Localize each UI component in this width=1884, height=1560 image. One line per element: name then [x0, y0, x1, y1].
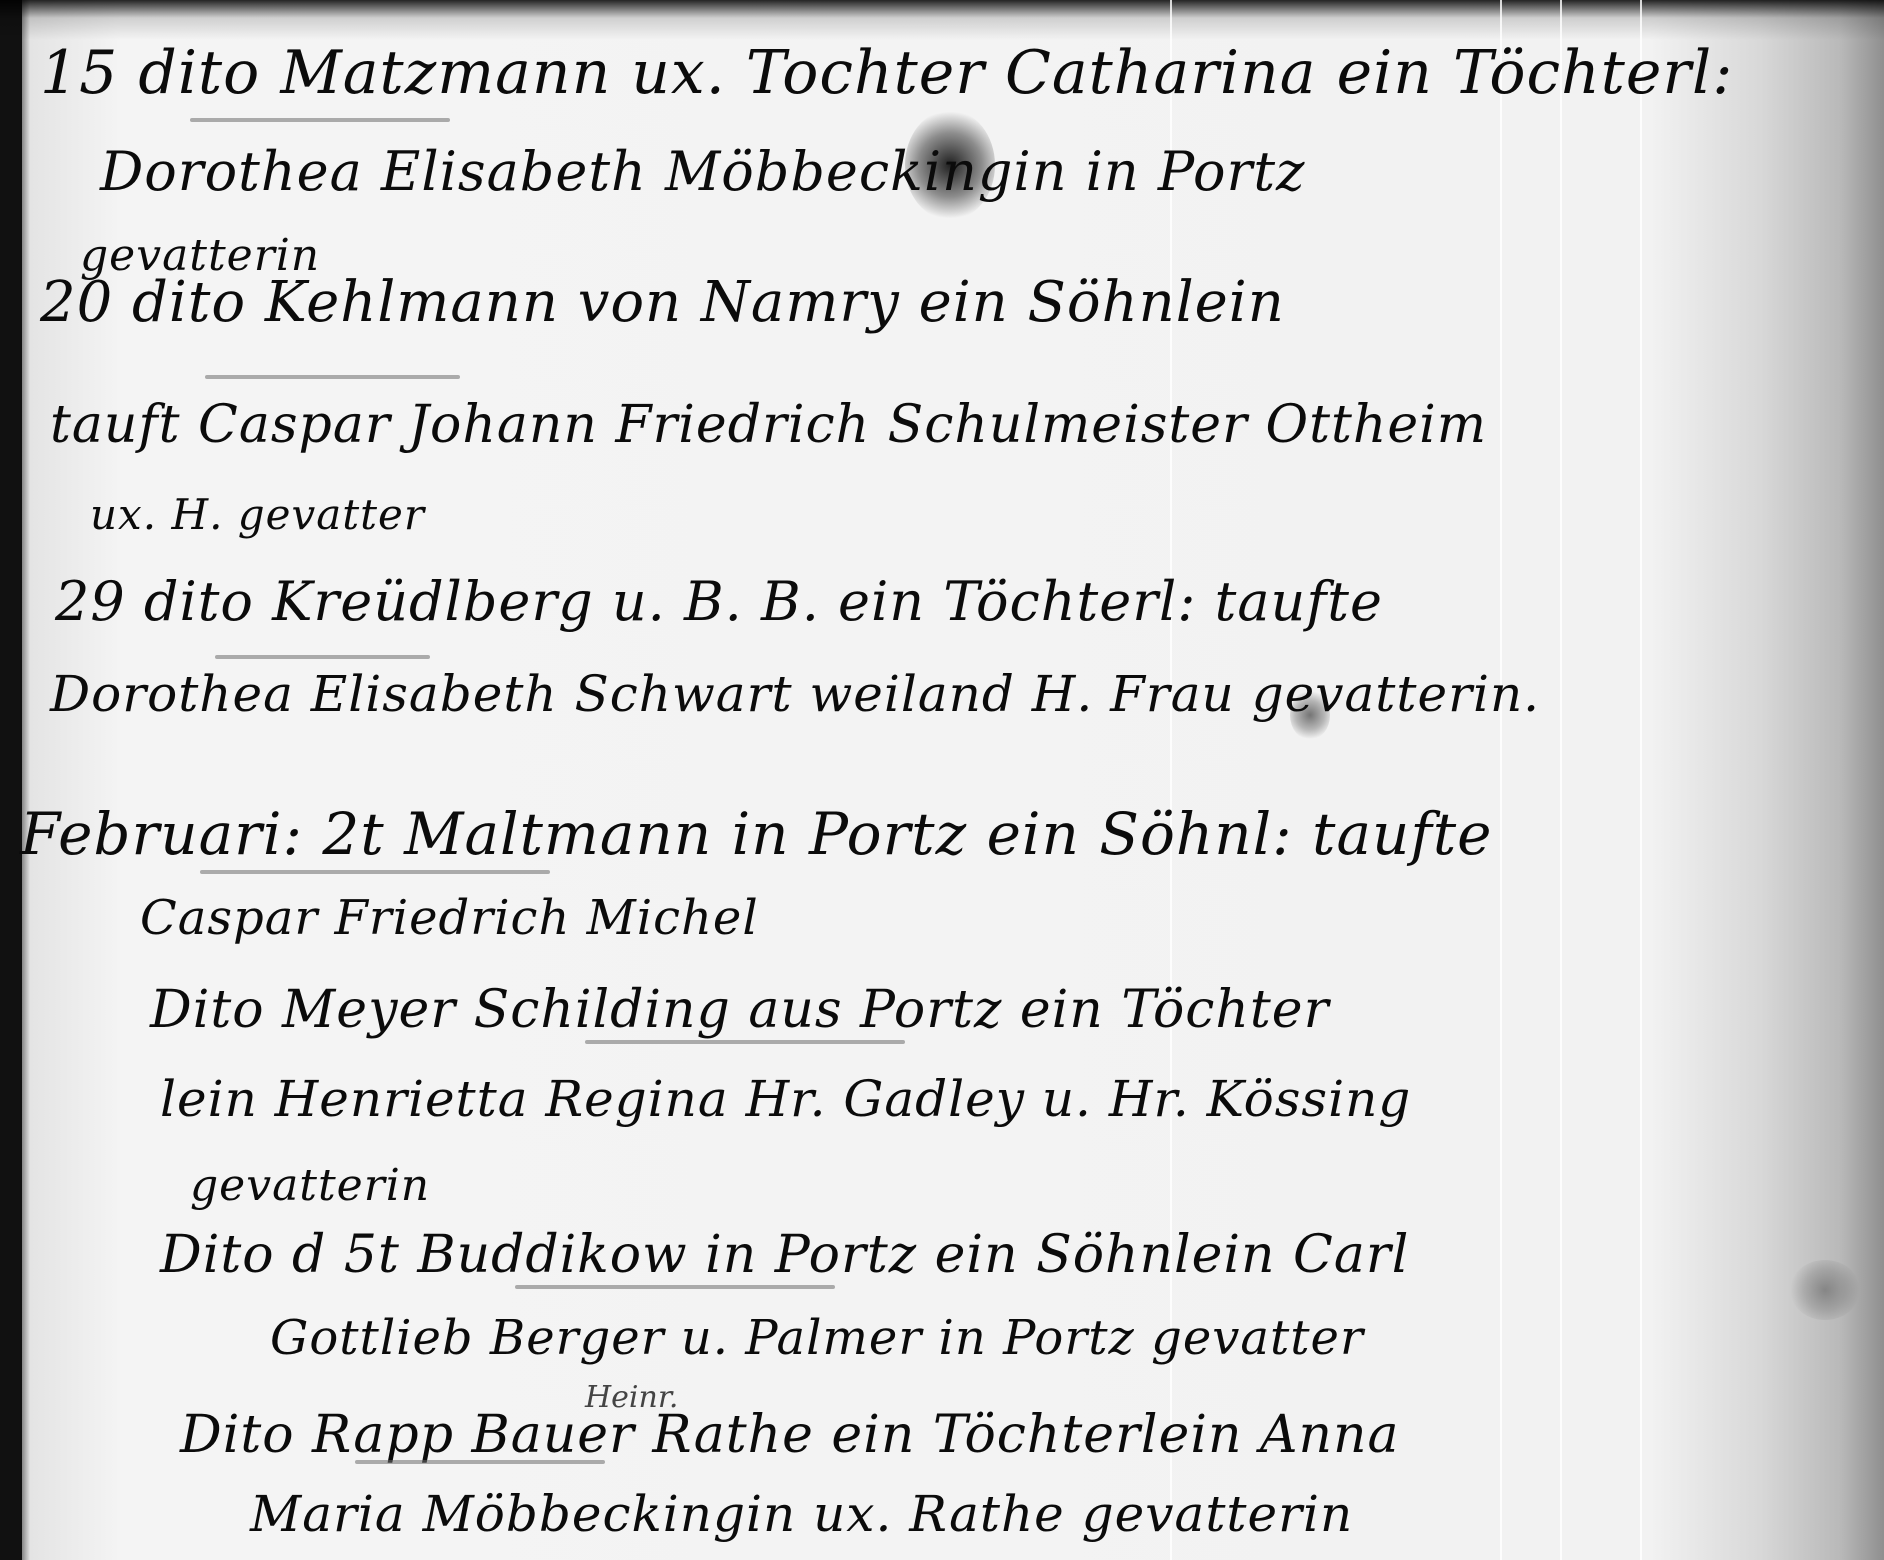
entry-2-line-3: ux. H. gevatter	[90, 490, 425, 539]
entry-4-line-1: Februari: 2t Maltmann in Portz ein Söhnl…	[20, 800, 1492, 868]
page-top-shadow	[0, 0, 1884, 40]
ink-blot	[1790, 1260, 1860, 1320]
register-page: 15 dito Matzmann ux. Tochter Catharina e…	[0, 0, 1884, 1560]
entry-3-line-2: Dorothea Elisabeth Schwart weiland H. Fr…	[50, 665, 1540, 723]
scan-artifact-line	[1560, 0, 1562, 1560]
entry-2-line-2: tauft Caspar Johann Friedrich Schulmeist…	[50, 395, 1487, 455]
entry-1-line-2: Dorothea Elisabeth Möbbeckingin in Portz	[100, 140, 1305, 203]
entry-7-line-1: Dito Rapp Bauer Rathe ein Töchterlein An…	[180, 1405, 1400, 1465]
entry-3-line-1: 29 dito Kreüdlberg u. B. B. ein Töchterl…	[55, 570, 1383, 633]
entry-1-line-1: 15 dito Matzmann ux. Tochter Catharina e…	[40, 38, 1733, 108]
name-underline	[515, 1285, 835, 1289]
name-underline	[585, 1040, 905, 1044]
entry-4-line-2: Caspar Friedrich Michel	[140, 890, 759, 946]
book-binding-edge	[0, 0, 22, 1560]
name-underline	[355, 1460, 605, 1464]
entry-2-line-1: 20 dito Kehlmann von Namry ein Söhnlein	[40, 270, 1285, 335]
name-underline	[205, 375, 460, 379]
scan-artifact-line	[1500, 0, 1502, 1560]
entry-7-line-2: Maria Möbbeckingin ux. Rathe gevatterin	[250, 1485, 1353, 1543]
name-underline	[200, 870, 550, 874]
entry-5-line-1: Dito Meyer Schilding aus Portz ein Töcht…	[150, 980, 1329, 1040]
name-underline	[215, 655, 430, 659]
entry-5-line-2: lein Henrietta Regina Hr. Gadley u. Hr. …	[160, 1070, 1411, 1128]
entry-6-line-2: Gottlieb Berger u. Palmer in Portz gevat…	[270, 1310, 1364, 1366]
scan-artifact-line	[1640, 0, 1642, 1560]
entry-6-line-1: Dito d 5t Buddikow in Portz ein Söhnlein…	[160, 1225, 1409, 1285]
name-underline	[190, 118, 450, 122]
entry-5-line-3: gevatterin	[190, 1160, 430, 1211]
